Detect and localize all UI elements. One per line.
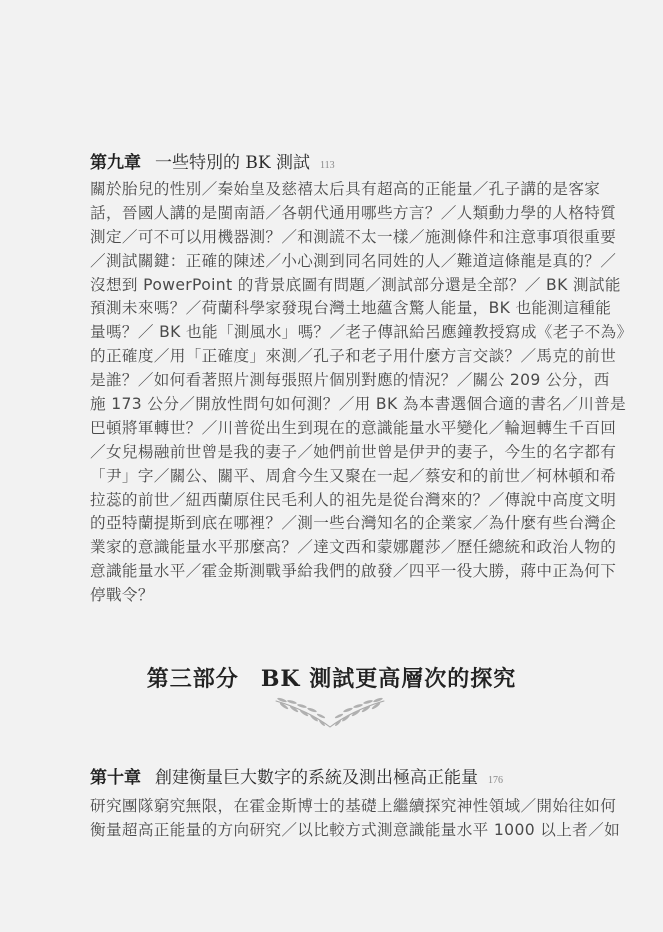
chapter-10-number: 第十章 bbox=[90, 768, 141, 788]
text-line: 沒想到 PowerPoint 的背景底圖有問題／測試部分還是全部？／ BK 測試… bbox=[90, 274, 568, 298]
text-line: 「尹」字／關公、關平、周倉今生又聚在一起／蔡安和的前世／柯林頓和希 bbox=[90, 465, 568, 489]
chapter-10-heading: 第十章創建衡量巨大數字的系統及測出極高正能量176 bbox=[90, 763, 570, 788]
chapter-9-number: 第九章 bbox=[90, 153, 141, 173]
book-page: 第九章一些特別的 BK 測試113 關於胎兒的性別／秦始皇及慈禧太后具有超高的正… bbox=[0, 0, 663, 932]
part-3-title: BK 測試更高層次的探究 bbox=[261, 666, 516, 692]
part-3-heading: 第三部分BK 測試更高層次的探究 bbox=[0, 662, 663, 693]
laurel-branches-icon bbox=[272, 697, 388, 731]
chapter-9-title: 一些特別的 BK 測試 bbox=[155, 153, 310, 173]
text-line: 測定／可不可以用機器測？／和測謊不太一樣／施測條件和注意事項很重要 bbox=[90, 226, 568, 250]
text-line: 關於胎兒的性別／秦始皇及慈禧太后具有超高的正能量／孔子講的是客家 bbox=[90, 178, 568, 202]
text-line: 的正確度／用「正確度」來測／孔子和老子用什麼方言交談？／馬克的前世 bbox=[90, 345, 568, 369]
chapter-10-page-number: 176 bbox=[488, 775, 503, 786]
text-line: 拉蕊的前世／紐西蘭原住民毛利人的祖先是從台灣來的？／傳說中高度文明 bbox=[90, 489, 568, 513]
text-line: 量嗎？／ BK 也能「測風水」嗎？／老子傳訊給呂應鐘教授寫成《老子不為》 bbox=[90, 321, 568, 345]
text-line: 業家的意識能量水平那麼高？／達文西和蒙娜麗莎／歷任總統和政治人物的 bbox=[90, 536, 568, 560]
text-line: 預測未來嗎？／荷蘭科學家發現台灣土地蘊含驚人能量，BK 也能測這種能 bbox=[90, 297, 568, 321]
chapter-9-page-number: 113 bbox=[320, 160, 335, 171]
chapter-10-title: 創建衡量巨大數字的系統及測出極高正能量 bbox=[155, 768, 478, 788]
text-line: 施 173 公分／開放性問句如何測？／用 BK 為本書選個合適的書名／川普是 bbox=[90, 393, 568, 417]
text-line: 研究團隊窮究無限，在霍金斯博士的基礎上繼續探究神性領域／開始往如何 bbox=[90, 795, 568, 819]
text-line: 的亞特蘭提斯到底在哪裡？／測一些台灣知名的企業家／為什麼有些台灣企 bbox=[90, 512, 568, 536]
text-line: 話，晉國人講的是閩南語／各朝代通用哪些方言？／人類動力學的人格特質 bbox=[90, 202, 568, 226]
text-line: 是誰？／如何看著照片測每張照片個別對應的情況？／關公 209 公分，西 bbox=[90, 369, 568, 393]
text-line: ／女兒楊融前世曾是我的妻子／她們前世曾是伊尹的妻子，今生的名字都有 bbox=[90, 441, 568, 465]
chapter-10-summary: 研究團隊窮究無限，在霍金斯博士的基礎上繼續探究神性領域／開始往如何 衡量超高正能… bbox=[90, 795, 568, 843]
text-line: 意識能量水平／霍金斯測戰爭給我們的啟發／四平一役大勝，蔣中正為何下 bbox=[90, 560, 568, 584]
text-line: ／測試關鍵：正確的陳述／小心測到同名同姓的人／難道這條龍是真的？／ bbox=[90, 250, 568, 274]
text-line: 衡量超高正能量的方向研究／以比較方式測意識能量水平 1000 以上者／如 bbox=[90, 819, 568, 843]
text-line: 巴頓將軍轉世？／川普從出生到現在的意識能量水平變化／輪迴轉生千百回 bbox=[90, 417, 568, 441]
chapter-9-heading: 第九章一些特別的 BK 測試113 bbox=[90, 148, 570, 173]
part-3-label: 第三部分 bbox=[147, 666, 239, 692]
text-line: 停戰令？ bbox=[90, 584, 568, 608]
chapter-9-summary: 關於胎兒的性別／秦始皇及慈禧太后具有超高的正能量／孔子講的是客家 話，晉國人講的… bbox=[90, 178, 568, 608]
